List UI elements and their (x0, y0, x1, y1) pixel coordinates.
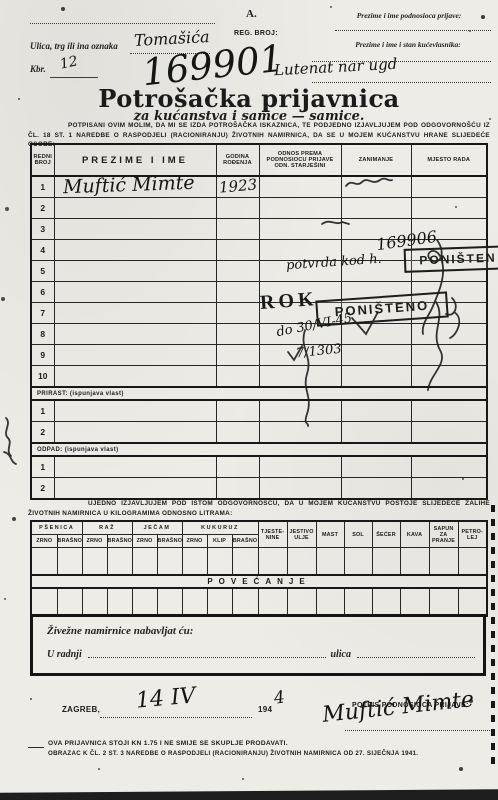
col-mast: MAST (316, 521, 344, 548)
podnosilac-label: Prezime i ime podnosioca prijave: (325, 11, 493, 20)
year-prefix: 194 (258, 705, 272, 714)
card-note-handwriting: Lutenat nar ugd (274, 55, 398, 79)
year-handwriting: 4 (273, 687, 287, 708)
ponisten-stamp: PONIŠTEN (404, 245, 498, 273)
odpad-band: ODPAD: (ispunjava vlast) (31, 443, 487, 456)
col-sapun: SAPUN ZA PRANJE (429, 521, 458, 548)
persons-table: REDNI BROJ PREZIME I IME GODINA ROĐENJA … (30, 143, 488, 500)
purchase-heading: Živežne namirnice nabavljat ću: (47, 625, 193, 637)
person-row: 10 (31, 366, 487, 388)
name-handwriting: Muftić Mimte (62, 172, 194, 199)
group-kukuruz: KUKURUZ (182, 521, 258, 535)
supplies-intro: UJEDNO IZJAVLJUJEM POD ISTOM ODGOVORNOŠĆ… (28, 499, 490, 518)
section-letter: A. (246, 8, 257, 20)
col-secer: ŠEĆER (372, 521, 400, 548)
person-row: 9 (31, 345, 487, 366)
radnja-label: U radnji (47, 649, 82, 660)
person-row: 2 (31, 198, 487, 219)
supplies-value-row (31, 588, 487, 616)
kucevlasnik-label: Prezime i ime i stan kućevlasnika: (322, 40, 494, 49)
date-line (100, 716, 252, 718)
odpad-row: 2 (31, 478, 487, 500)
margin-scribble (4, 418, 16, 464)
col-godina: GODINA ROĐENJA (216, 144, 259, 176)
col-petrolej: PETRO-LEJ (458, 521, 487, 548)
ulica-label: Ulica, trg ili ina oznaka (30, 41, 118, 51)
col-kava: KAVA (400, 521, 429, 548)
date-handwriting: 14 IV (135, 683, 197, 713)
kbr-handwriting: 12 (59, 53, 80, 72)
col-sol: SOL (344, 521, 372, 548)
scan-edge-bottom (0, 789, 498, 800)
signature-handwriting: Muftić Mimte (321, 687, 475, 728)
supplies-group-header: PŠENICA RAŽ JEČAM KUKURUZ TJESTE-NINE JE… (31, 521, 487, 535)
ulica-fill-line (357, 657, 475, 658)
kbr-line (50, 76, 98, 78)
rok-stamp: ROK (259, 288, 318, 315)
supplies-value-row (31, 548, 487, 576)
ulica-fill-label: ulica (330, 649, 351, 660)
group-raz: RAŽ (82, 521, 132, 535)
prirast-band: PRIRAST: (ispunjava vlast) (31, 387, 487, 400)
reg-broj-label: REG. BROJ: (234, 30, 278, 37)
scan-noise (0, 0, 2, 2)
col-zanimanje: ZANIMANJE (341, 144, 411, 176)
signature-line (345, 729, 492, 731)
footer-dash (28, 747, 44, 748)
city-label: ZAGREB, (62, 705, 100, 714)
prirast-row: 2 (31, 422, 487, 444)
footer-price-note: OVA PRIJAVNICA STOJI KN 1.75 I NE SMIJE … (48, 740, 288, 747)
persons-header-row: REDNI BROJ PREZIME I IME GODINA ROĐENJA … (31, 144, 487, 176)
col-mjesto-rada: MJESTO RADA (411, 144, 487, 176)
footer-legal-note: OBRAZAC K ČL. 2 ST. 3 NAREDBE O RASPODJE… (48, 750, 418, 757)
purchase-line: U radnji ulica (47, 649, 475, 660)
kbr-label: Kbr. (30, 64, 46, 74)
blank-line (30, 22, 215, 24)
kucevlasnik-line-2 (312, 81, 491, 83)
radnja-fill-line (88, 657, 327, 658)
col-odnos: ODNOS PREMA PODNOSIOCU PRIJAVE ODN. STAR… (259, 144, 341, 176)
podnosilac-line (335, 29, 491, 31)
group-psenica: PŠENICA (31, 521, 82, 535)
scan-edge-right (491, 505, 495, 770)
person-row: 8 (31, 324, 487, 345)
year-handwriting: 1923 (219, 175, 259, 196)
group-jecam: JEČAM (132, 521, 182, 535)
col-jestivo-ulje: JESTIVO ULJE (287, 521, 316, 548)
supplies-table: PŠENICA RAŽ JEČAM KUKURUZ TJESTE-NINE JE… (30, 520, 488, 617)
odpad-row: 1 (31, 456, 487, 478)
scanned-ration-form: A. REG. BROJ: Prezime i ime podnosioca p… (0, 0, 498, 800)
person-row: 1Muftić Mimte1923 (31, 176, 487, 198)
prirast-row: 1 (31, 400, 487, 422)
col-tjestenine: TJESTE-NINE (258, 521, 287, 548)
col-redni-broj: REDNI BROJ (31, 144, 54, 176)
povecanje-band: POVEĆANJE (31, 575, 487, 588)
purchase-box: Živežne namirnice nabavljat ću: U radnji… (30, 614, 486, 676)
